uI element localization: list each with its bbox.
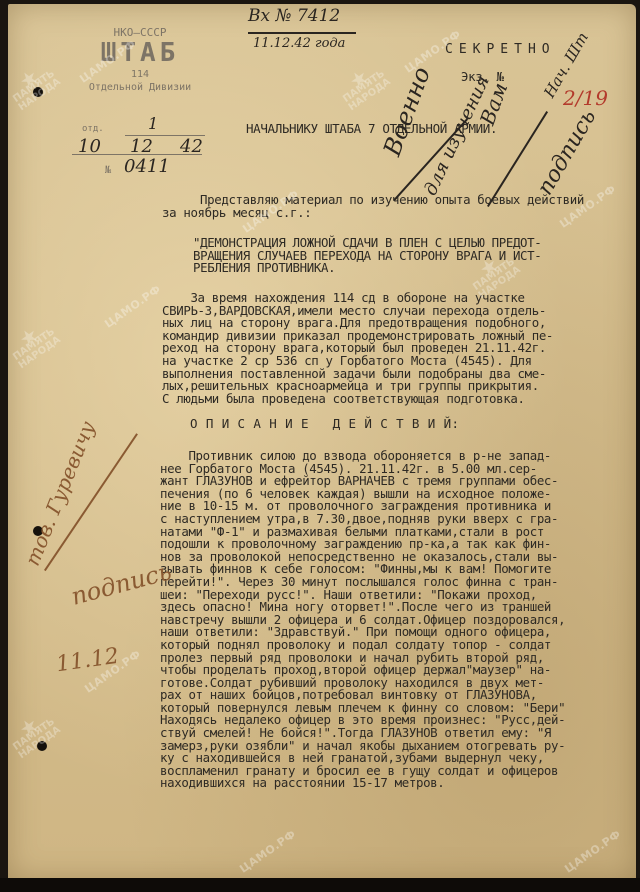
stamp-number-label: № xyxy=(105,165,111,176)
stamp-dept-label: отд. xyxy=(82,124,104,134)
stamp-dept-value: 1 xyxy=(148,114,158,133)
p1-line: С людьми была проведена соответствующая … xyxy=(162,393,553,406)
incoming-reg-date: 11.12.42 года xyxy=(253,36,345,51)
paragraph-1: За время нахождения 114 сд в обороне на … xyxy=(162,292,553,405)
section-heading: О П И С А Н И Е Д Е Й С Т В И Й: xyxy=(190,418,459,431)
division-stamp: НКО–СССР ШТАБ 114 Отдельной Дивизии xyxy=(70,26,210,93)
stamp-number-value: 0411 xyxy=(124,156,170,177)
p2-line: находившихся на расстоянии 15-17 метров. xyxy=(160,777,565,790)
paragraph-2: Противник силою до взвода обороняется в … xyxy=(160,450,565,790)
secret-label: СЕКРЕТНО xyxy=(445,44,556,57)
incoming-underline xyxy=(248,32,356,34)
intro-line-2: за ноябрь месяц с.г.: xyxy=(162,207,311,220)
stamp-date-underline xyxy=(72,154,202,155)
incoming-reg-number: Вх № 7412 xyxy=(248,6,340,26)
scan-border xyxy=(0,878,640,892)
red-registration-mark: 2/19 xyxy=(563,86,608,110)
stamp-unit-name: Отдельной Дивизии xyxy=(70,82,210,93)
stamp-title: ШТАБ xyxy=(70,39,210,67)
